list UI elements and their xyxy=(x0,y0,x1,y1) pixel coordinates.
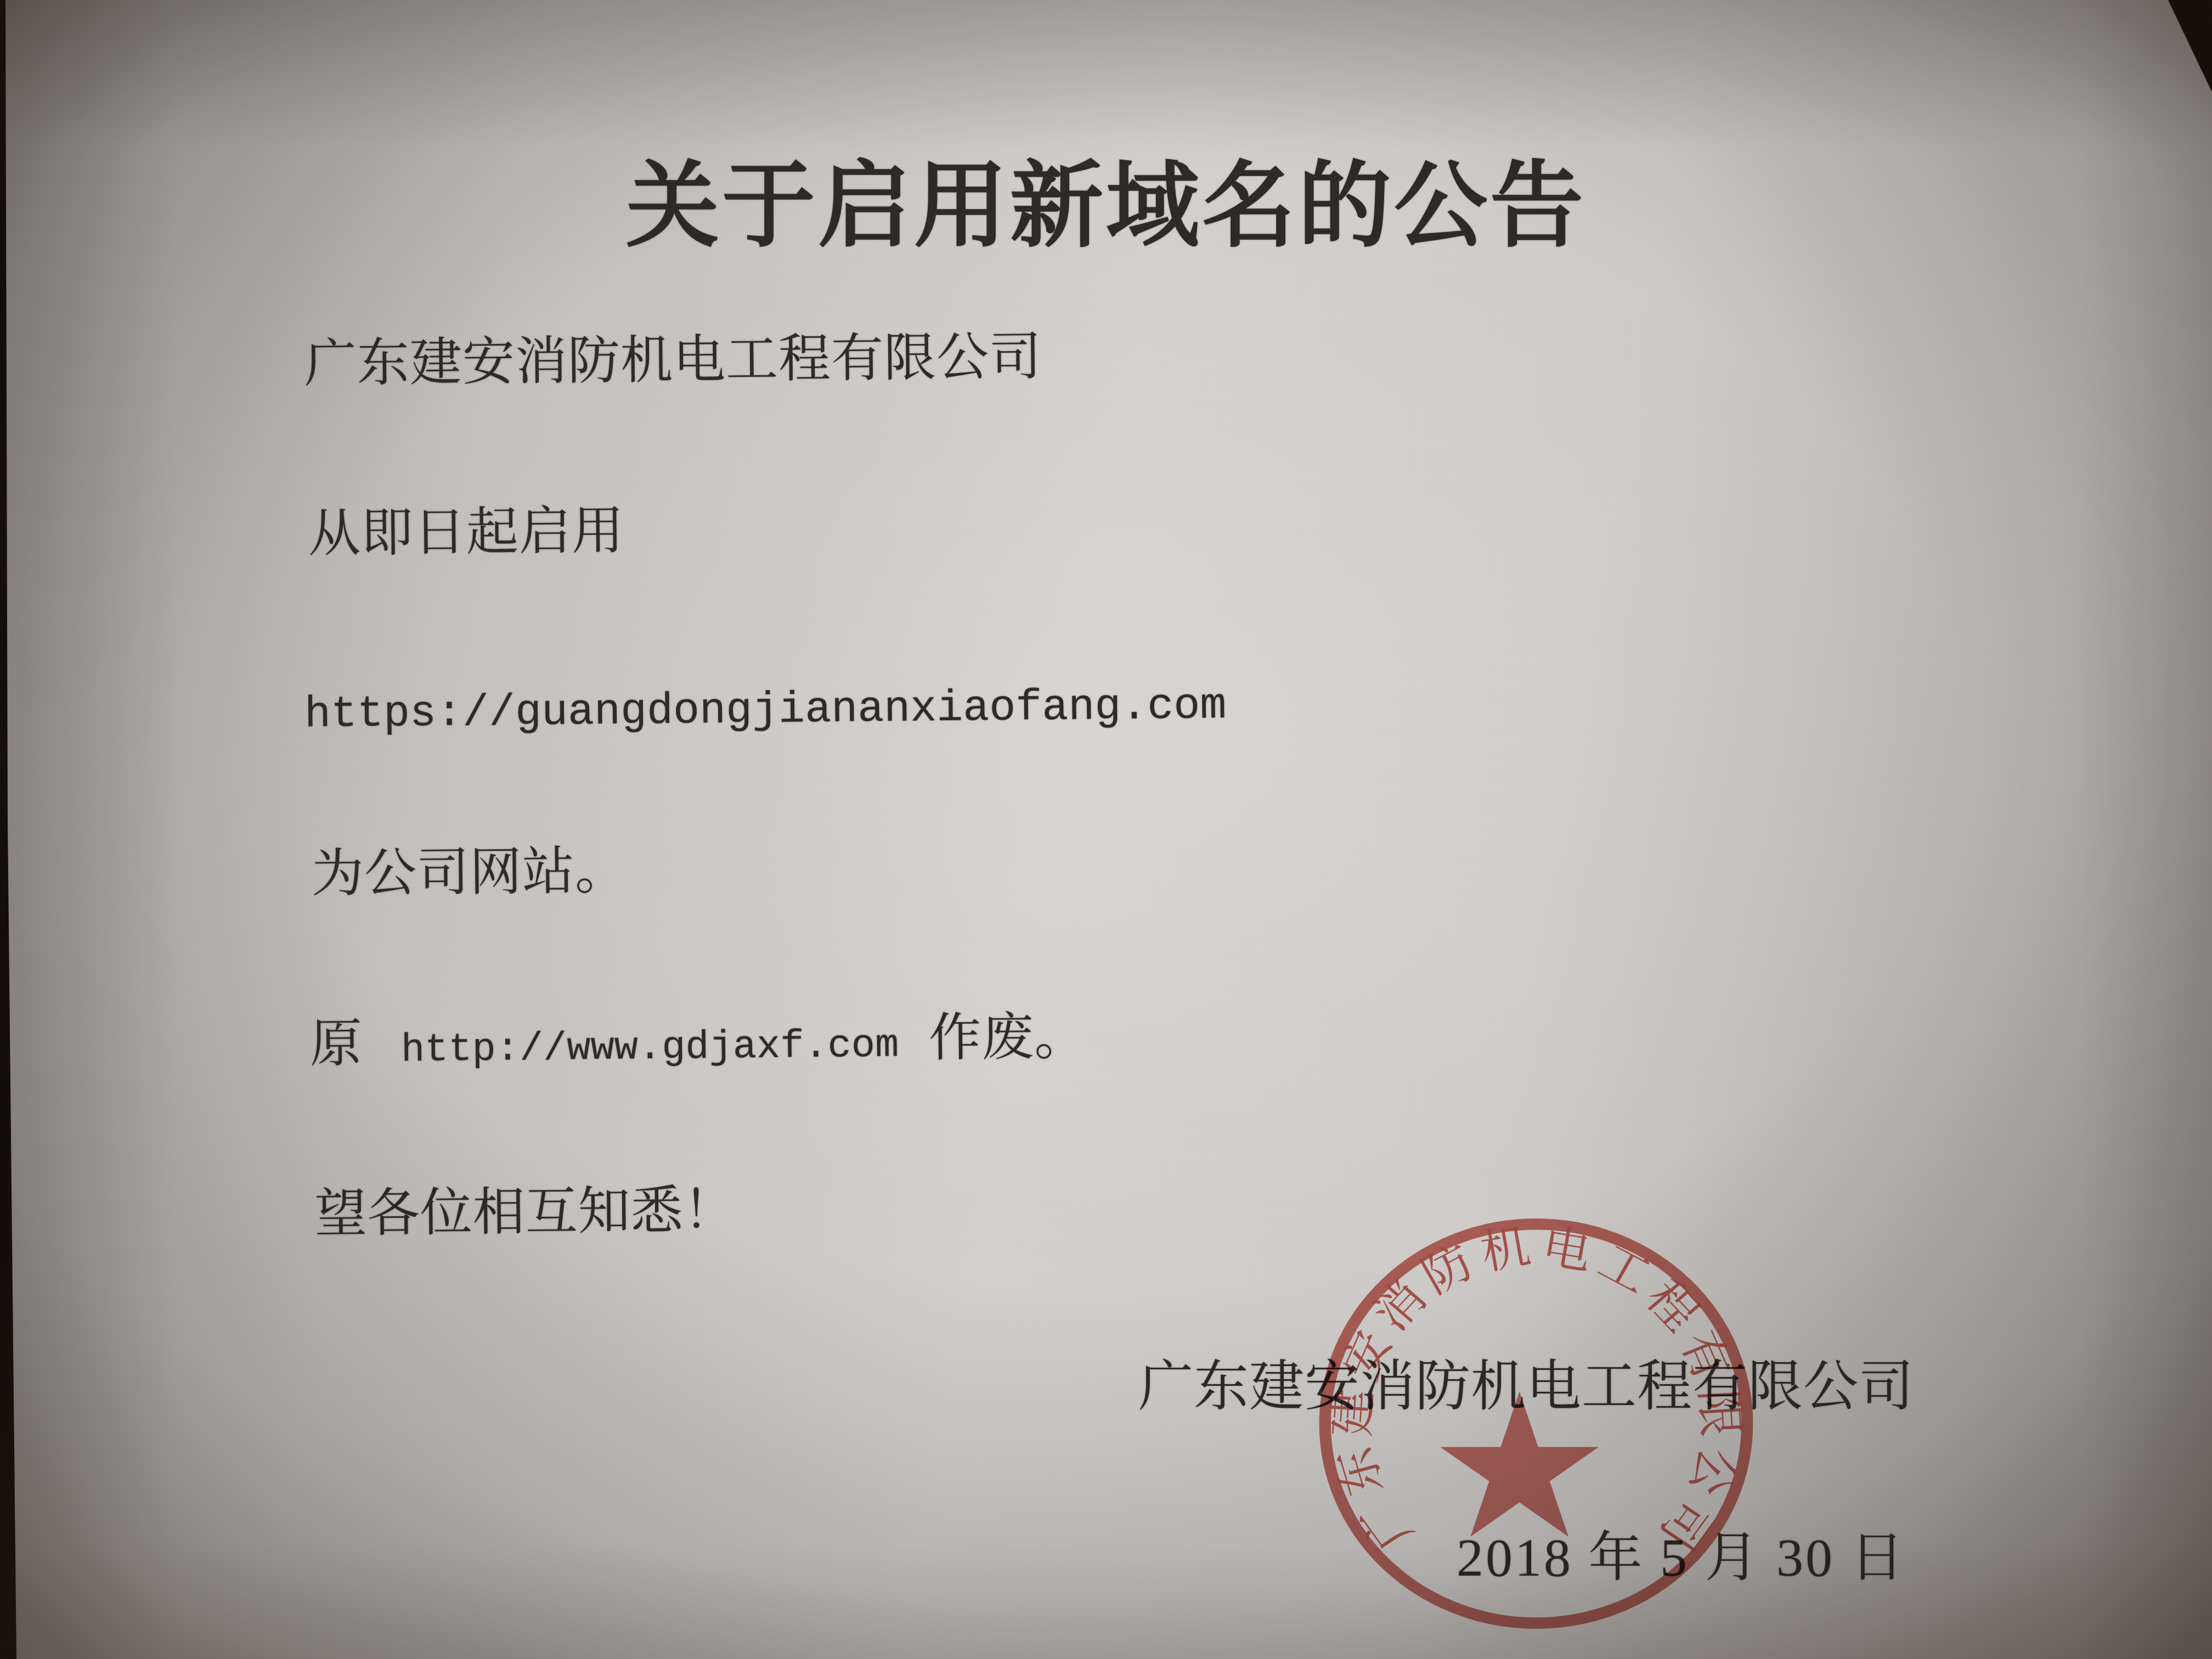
body-line-website: 为公司网站。 xyxy=(311,839,628,905)
seal-character: 广 xyxy=(1350,1491,1423,1559)
seal-character: 程 xyxy=(1636,1271,1709,1341)
old-domain-url: http://www.gdjaxf.com xyxy=(401,1023,899,1073)
seal-character: 电 xyxy=(1538,1220,1595,1279)
paper-sheet: 关于启用新域名的公告 广东建安消防机电工程有限公司 从即日起启用 https:/… xyxy=(0,0,2212,1659)
seal-character: 工 xyxy=(1590,1235,1659,1304)
body-line-closing: 望各位相互知悉！ xyxy=(314,1179,736,1245)
seal-character: 防 xyxy=(1413,1235,1482,1304)
old-domain-prefix: 原 xyxy=(309,1014,363,1073)
seal-character: 司 xyxy=(1650,1491,1722,1559)
seal-character: 机 xyxy=(1477,1220,1534,1279)
seal-star-icon xyxy=(1440,1392,1599,1537)
document-photo: 关于启用新域名的公告 广东建安消防机电工程有限公司 从即日起启用 https:/… xyxy=(0,0,2212,1659)
company-seal-svg: 广东建安消防机电工程有限公司 xyxy=(1314,1210,1758,1638)
body-line-old-domain: 原http://www.gdjaxf.com作废。 xyxy=(309,1005,1087,1075)
old-domain-suffix: 作废。 xyxy=(929,1007,1087,1067)
seal-character: 建 xyxy=(1325,1388,1382,1438)
body-line-effective: 从即日起启用 xyxy=(308,499,624,565)
body-line-company: 广东建安消防机电工程有限公司 xyxy=(304,325,1042,395)
seal-character: 限 xyxy=(1690,1388,1747,1438)
new-domain-url: https://guangdongjiananxiaofang.com xyxy=(304,680,1227,742)
seal-character: 消 xyxy=(1363,1271,1436,1341)
